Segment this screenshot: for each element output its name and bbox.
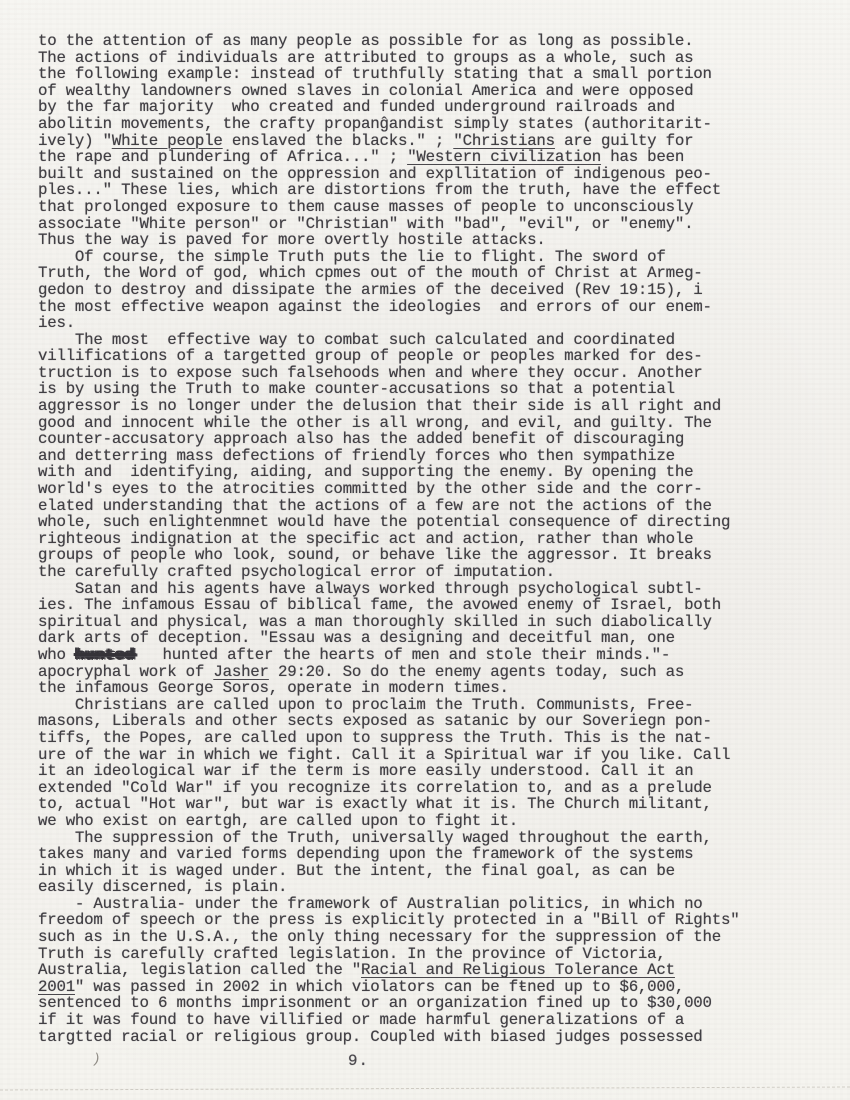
text-segment: world's eyes to the atrocities committed… (38, 480, 703, 498)
scanned-page: to the attention of as many people as po… (0, 0, 850, 1100)
underlined-text: White people (112, 132, 223, 150)
text-segment: ies. (38, 314, 75, 332)
text-segment: The most effective way to combat such ca… (38, 331, 675, 349)
text-segment: sentenced to 6 months imprisonment or an… (38, 994, 712, 1012)
text-line: in which it is waged under. But the inte… (38, 863, 826, 880)
text-line: The suppression of the Truth, universall… (38, 830, 826, 847)
text-segment: The actions of individuals are attribute… (38, 49, 693, 67)
text-line: world's eyes to the atrocities committed… (38, 481, 826, 498)
text-segment: easily discerned, is plain. (38, 878, 287, 896)
text-segment: extended "Cold War" if you recognize its… (38, 779, 712, 797)
text-line: good and innocent while the other is all… (38, 415, 826, 432)
text-line: Truth, the Word of god, which cpmes out … (38, 265, 826, 282)
underlined-text: "Christians (453, 132, 555, 150)
text-line: - Australia- under the framework of Aust… (38, 896, 826, 913)
text-line: targtted racial or religious group. Coup… (38, 1029, 826, 1046)
text-line: such as in the U.S.A., the only thing ne… (38, 929, 826, 946)
text-segment: freedom of speech or the press is explic… (38, 911, 739, 929)
text-segment: such as in the U.S.A., the only thing ne… (38, 928, 721, 946)
text-segment: Satan and his agents have always worked … (38, 580, 703, 598)
text-line: easily discerned, is plain. (38, 879, 826, 896)
text-segment: villifications of a targetted group of p… (38, 347, 703, 365)
text-line: gedon to destroy and dissipate the armie… (38, 282, 826, 299)
text-segment: 29:20. So do the enemy agents today, suc… (269, 663, 684, 681)
text-segment: the carefully crafted psychological erro… (38, 563, 555, 581)
text-line: ples..." These lies, which are distortio… (38, 182, 826, 199)
underlined-text: Racial and Religious Tolerance Act (361, 961, 675, 979)
text-segment: built and sustained on the oppression an… (38, 165, 712, 183)
text-line: is by using the Truth to make counter-ac… (38, 381, 826, 398)
page-number: 9. (348, 1052, 369, 1070)
text-segment: Of course, the simple Truth puts the lie… (38, 248, 666, 266)
text-segment: masons, Liberals and other sects exposed… (38, 712, 712, 730)
text-line: spiritual and physical, was a man thorou… (38, 614, 826, 631)
text-segment: of wealthy landowners owned slaves in co… (38, 82, 693, 100)
document-lines: to the attention of as many people as po… (38, 33, 826, 1045)
text-line: masons, Liberals and other sects exposed… (38, 713, 826, 730)
text-line: to the attention of as many people as po… (38, 33, 826, 50)
text-line: with and identifying, aiding, and suppor… (38, 464, 826, 481)
text-segment: Australia, legislation called the " (38, 961, 361, 979)
text-segment: righteous indignation at the specific ac… (38, 530, 693, 548)
text-segment: truction is to expose such falsehoods wh… (38, 364, 703, 382)
text-segment: " was passed in 2002 in which violators … (75, 978, 684, 996)
text-line: ies. The infamous Essau of biblical fame… (38, 597, 826, 614)
text-line: to, actual "Hot war", but war is exactly… (38, 796, 826, 813)
text-line: dark arts of deception. "Essau was a des… (38, 630, 826, 647)
text-segment: if it was found to have villified or mad… (38, 1011, 684, 1029)
text-segment: counter-accusatory approach also has the… (38, 430, 684, 448)
text-line: ies. (38, 315, 826, 332)
text-line: by the far majority who created and fund… (38, 99, 826, 116)
text-segment: ively) " (38, 132, 112, 150)
text-segment: The suppression of the Truth, universall… (38, 829, 712, 847)
text-line: righteous indignation at the specific ac… (38, 531, 826, 548)
text-line: apocryphal work of Jasher 29:20. So do t… (38, 664, 826, 681)
underlined-text: Jasher (213, 663, 268, 681)
text-segment: takes many and varied forms depending up… (38, 845, 693, 863)
text-line: it an ideological war if the term is mor… (38, 763, 826, 780)
text-segment: dark arts of deception. "Essau was a des… (38, 629, 675, 647)
text-segment: Christians are called upon to proclaim t… (38, 696, 693, 714)
text-line: Truth is carefully crafted legislation. … (38, 946, 826, 963)
text-segment: Truth, the Word of god, which cpmes out … (38, 264, 703, 282)
text-segment: the infamous George Soros, operate in mo… (38, 679, 509, 697)
text-line: aggressor is no longer under the delusio… (38, 398, 826, 415)
text-segment: has been (601, 148, 684, 166)
text-segment: gedon to destroy and dissipate the armie… (38, 281, 703, 299)
text-segment: the most effective weapon against the id… (38, 298, 712, 316)
text-segment: to, actual "Hot war", but war is exactly… (38, 795, 712, 813)
text-segment: apocryphal work of (38, 663, 213, 681)
text-line: groups of people who look, sound, or beh… (38, 547, 826, 564)
text-line: we who exist on eartgh, are called upon … (38, 813, 826, 830)
text-segment: the rape and plundering of Africa..." ; (38, 148, 407, 166)
text-segment: groups of people who look, sound, or beh… (38, 546, 712, 564)
text-line: who hunted hunted after the hearts of me… (38, 647, 826, 664)
text-segment: tiffs, the Popes, are called upon to sup… (38, 729, 712, 747)
text-line: truction is to expose such falsehoods wh… (38, 365, 826, 382)
text-line: Australia, legislation called the "Racia… (38, 962, 826, 979)
text-segment: and detterring mass defections of friend… (38, 447, 675, 465)
text-segment: ies. The infamous Essau of biblical fame… (38, 596, 721, 614)
text-line: extended "Cold War" if you recognize its… (38, 780, 826, 797)
text-segment: it an ideological war if the term is mor… (38, 762, 693, 780)
text-line: Of course, the simple Truth puts the lie… (38, 249, 826, 266)
text-line: Thus the way is paved for more overtly h… (38, 232, 826, 249)
text-segment: we who exist on eartgh, are called upon … (38, 812, 518, 830)
text-line: ively) "White people enslaved the blacks… (38, 133, 826, 150)
text-segment: Thus the way is paved for more overtly h… (38, 231, 546, 249)
text-line: Satan and his agents have always worked … (38, 581, 826, 598)
text-segment: enslaved the blacks." ; (223, 132, 454, 150)
text-segment: spiritual and physical, was a man thorou… (38, 613, 712, 631)
text-segment: good and innocent while the other is all… (38, 414, 712, 432)
text-line: takes many and varied forms depending up… (38, 846, 826, 863)
text-segment: by the far majority who created and fund… (38, 98, 675, 116)
text-segment: hunted after the hearts of men and stole… (135, 646, 670, 664)
text-segment: to the attention of as many people as po… (38, 32, 693, 50)
text-line: that prolonged exposure to them cause ma… (38, 199, 826, 216)
text-line: of wealthy landowners owned slaves in co… (38, 83, 826, 100)
text-segment: ples..." These lies, which are distortio… (38, 181, 721, 199)
text-line: and detterring mass defections of friend… (38, 448, 826, 465)
text-line: Christians are called upon to proclaim t… (38, 697, 826, 714)
text-segment: - Australia- under the framework of Aust… (38, 895, 703, 913)
underlined-text: 2001 (38, 978, 75, 996)
text-line: abolitin movements, the crafty propanĝan… (38, 116, 826, 133)
text-line: villifications of a targetted group of p… (38, 348, 826, 365)
text-line: the following example: instead of truthf… (38, 66, 826, 83)
text-line: if it was found to have villified or mad… (38, 1012, 826, 1029)
text-segment: Truth is carefully crafted legislation. … (38, 945, 666, 963)
text-segment: aggressor is no longer under the delusio… (38, 397, 721, 415)
text-segment: that prolonged exposure to them cause ma… (38, 198, 693, 216)
text-line: 2001" was passed in 2002 in which violat… (38, 979, 826, 996)
text-line: sentenced to 6 months imprisonment or an… (38, 995, 826, 1012)
text-segment: is by using the Truth to make counter-ac… (38, 380, 675, 398)
text-line: The actions of individuals are attribute… (38, 50, 826, 67)
text-segment: abolitin movements, the crafty propanĝan… (38, 115, 712, 133)
text-line: built and sustained on the oppression an… (38, 166, 826, 183)
text-segment: with and identifying, aiding, and suppor… (38, 463, 693, 481)
text-line: elated understanding that the actions of… (38, 498, 826, 515)
text-segment: targtted racial or religious group. Coup… (38, 1028, 703, 1046)
text-segment: in which it is waged under. But the inte… (38, 862, 675, 880)
text-line: tiffs, the Popes, are called upon to sup… (38, 730, 826, 747)
overstruck-text: hunted (75, 646, 135, 664)
text-line: the infamous George Soros, operate in mo… (38, 680, 826, 697)
text-line: The most effective way to combat such ca… (38, 332, 826, 349)
scan-artifact-line (0, 1087, 850, 1091)
text-line: the rape and plundering of Africa..." ; … (38, 149, 826, 166)
text-line: associate "White person" or "Christian" … (38, 216, 826, 233)
text-segment: the following example: instead of truthf… (38, 65, 712, 83)
text-segment: associate "White person" or "Christian" … (38, 215, 693, 233)
text-segment: who (38, 646, 75, 664)
text-line: freedom of speech or the press is explic… (38, 912, 826, 929)
stray-pen-mark: ) (90, 1051, 102, 1068)
text-segment: elated understanding that the actions of… (38, 497, 712, 515)
text-line: counter-accusatory approach also has the… (38, 431, 826, 448)
text-line: whole, such enlightenmnet would have the… (38, 514, 826, 531)
text-line: the most effective weapon against the id… (38, 299, 826, 316)
text-segment: whole, such enlightenmnet would have the… (38, 513, 730, 531)
text-segment: ure of the war in which we fight. Call i… (38, 746, 730, 764)
underlined-text: "Western civilization (407, 148, 601, 166)
text-line: the carefully crafted psychological erro… (38, 564, 826, 581)
text-segment: are guilty for (555, 132, 693, 150)
text-line: ure of the war in which we fight. Call i… (38, 747, 826, 764)
